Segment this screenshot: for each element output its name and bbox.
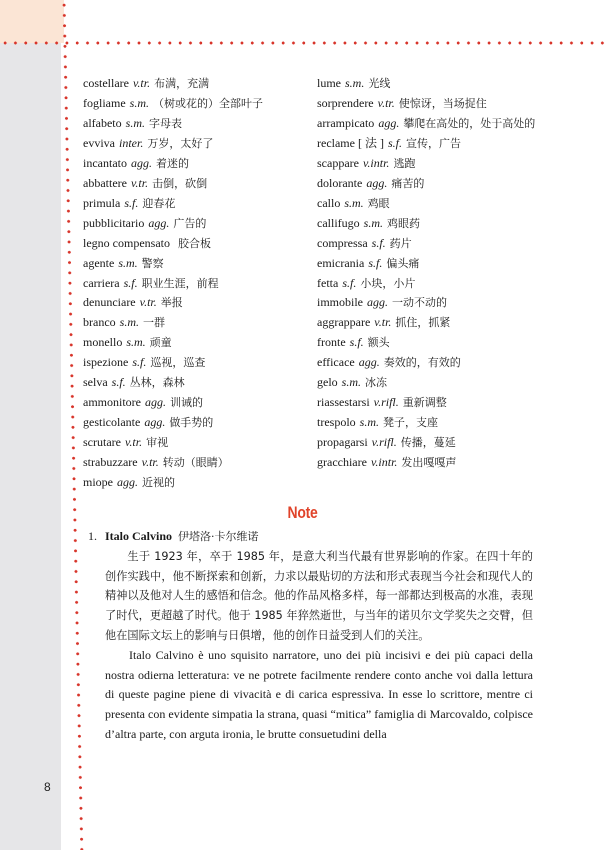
entry-part-of-speech: v.rifl. (374, 395, 399, 409)
entry-part-of-speech: s.f. (124, 276, 138, 290)
entry-part-of-speech: agg. (117, 475, 138, 489)
entry-word: pubblicitario (83, 216, 144, 230)
entry-part-of-speech: agg. (131, 156, 152, 170)
entry-part-of-speech: s.m. (126, 116, 145, 130)
entry-word: strabuzzare (83, 455, 138, 469)
entry-meaning: 药片 (390, 237, 412, 250)
vocabulary-entry: legno compensato胶合板 (83, 234, 317, 254)
vocabulary-entry: scrutarev.tr.审视 (83, 433, 317, 453)
entry-word: propagarsi (317, 435, 368, 449)
entry-meaning: 逃跑 (393, 157, 415, 170)
vocabulary-entry: ispeziones.f.巡视，巡查 (83, 353, 317, 373)
entry-meaning: 万岁，太好了 (147, 137, 213, 150)
entry-part-of-speech: s.f. (124, 196, 138, 210)
page-number: 8 (44, 780, 51, 794)
vocabulary-entry: incantatoagg.着迷的 (83, 154, 317, 174)
entry-meaning: 举报 (161, 296, 183, 309)
dotted-rule-horizontal (0, 41, 605, 45)
entry-meaning: 顽童 (150, 336, 172, 349)
vocabulary-entry: riassestarsiv.rifl.重新调整 (317, 393, 553, 413)
entry-meaning: 传播，蔓延 (401, 436, 456, 449)
entry-meaning: 凳子，支座 (383, 416, 438, 429)
note-item-header: 1. Italo Calvino 伊塔洛·卡尔维诺 (88, 527, 533, 547)
entry-meaning: 冰冻 (365, 376, 387, 389)
entry-word: fronte (317, 335, 346, 349)
entry-meaning: 痛苦的 (391, 177, 424, 190)
vocabulary-entry: reclame [ 法 ]s.f.宣传，广告 (317, 134, 553, 154)
note-paragraph-zh: 生于 1923 年，卒于 1985 年，是意大利当代最有世界影响的作家。在四十年… (88, 547, 533, 646)
dotted-rule-vertical (62, 0, 84, 850)
entry-word: gracchiare (317, 455, 367, 469)
entry-meaning: 胶合板 (178, 237, 211, 250)
entry-word: primula (83, 196, 120, 210)
entry-word: scappare (317, 156, 359, 170)
entry-word: arrampicato (317, 116, 374, 130)
entry-word: immobile (317, 295, 363, 309)
entry-meaning: 迎春花 (142, 197, 175, 210)
entry-word: sorprendere (317, 96, 374, 110)
entry-part-of-speech: s.m. (120, 315, 139, 329)
entry-meaning: 做手势的 (169, 416, 213, 429)
vocabulary-column-right: lumes.m.光线sorprenderev.tr.使惊讶，当场捉住arramp… (317, 74, 553, 493)
vocabulary-entry: pubblicitarioagg.广告的 (83, 214, 317, 234)
entry-word: costellare (83, 76, 129, 90)
entry-part-of-speech: s.m. (342, 375, 361, 389)
entry-meaning: 着迷的 (156, 157, 189, 170)
vocabulary-entry: alfabetos.m.字母表 (83, 114, 317, 134)
entry-part-of-speech: s.f. (112, 375, 126, 389)
entry-meaning: 审视 (146, 436, 168, 449)
entry-part-of-speech: s.f. (342, 276, 356, 290)
note-name-zh: 伊塔洛·卡尔维诺 (178, 527, 259, 547)
entry-part-of-speech: agg. (145, 395, 166, 409)
page-margin-band (0, 43, 61, 850)
entry-meaning: 抓住，抓紧 (395, 316, 450, 329)
entry-meaning: 训诫的 (170, 396, 203, 409)
entry-meaning: 近视的 (142, 476, 175, 489)
entry-meaning: 奏效的，有效的 (384, 356, 461, 369)
entry-part-of-speech: s.m. (360, 415, 379, 429)
vocabulary-entry: evvivainter.万岁，太好了 (83, 134, 317, 154)
entry-word: efficace (317, 355, 355, 369)
vocabulary-entry: costellarev.tr.布满，充满 (83, 74, 317, 94)
entry-meaning: 巡视，巡查 (150, 356, 205, 369)
entry-part-of-speech: v.intr. (371, 455, 397, 469)
entry-word: compressa (317, 236, 368, 250)
vocabulary-entry: callifugos.m.鸡眼药 (317, 214, 553, 234)
entry-meaning: 转动（眼睛） (163, 456, 229, 469)
entry-meaning: （树或花的）全部叶子 (153, 97, 263, 110)
entry-word: reclame [ 法 ] (317, 136, 384, 150)
entry-word: trespolo (317, 415, 356, 429)
entry-meaning: 小块，小片 (360, 277, 415, 290)
entry-part-of-speech: v.rifl. (372, 435, 397, 449)
entry-part-of-speech: s.f. (368, 256, 382, 270)
vocabulary-entry: ammonitoreagg.训诫的 (83, 393, 317, 413)
vocabulary-entry: strabuzzarev.tr.转动（眼睛） (83, 453, 317, 473)
vocabulary-entry: arrampicatoagg.攀爬在高处的，处于高处的 (317, 114, 553, 134)
entry-word: abbattere (83, 176, 127, 190)
vocabulary-entry: lumes.m.光线 (317, 74, 553, 94)
entry-part-of-speech: inter. (119, 136, 143, 150)
entry-word: riassestarsi (317, 395, 370, 409)
vocabulary-entry: selvas.f.丛林，森林 (83, 373, 317, 393)
vocabulary-entry: aggrapparev.tr.抓住，抓紧 (317, 313, 553, 333)
entry-part-of-speech: v.tr. (131, 176, 148, 190)
notes-heading: Note (54, 503, 550, 523)
vocabulary-list: costellarev.tr.布满，充满fogliames.m.（树或花的）全部… (83, 74, 553, 493)
vocabulary-entry: propagarsiv.rifl.传播，蔓延 (317, 433, 553, 453)
entry-word: carriera (83, 276, 120, 290)
entry-word: gesticolante (83, 415, 140, 429)
entry-part-of-speech: s.f. (388, 136, 402, 150)
vocabulary-entry: callos.m.鸡眼 (317, 194, 553, 214)
note-number: 1. (88, 527, 105, 547)
entry-part-of-speech: v.tr. (378, 96, 395, 110)
entry-meaning: 重新调整 (403, 396, 447, 409)
entry-word: legno compensato (83, 236, 170, 250)
vocabulary-entry: doloranteagg.痛苦的 (317, 174, 553, 194)
entry-word: emicrania (317, 256, 364, 270)
vocabulary-entry: carrieras.f.职业生涯，前程 (83, 274, 317, 294)
note-paragraph-it: Italo Calvino è uno squisito narratore, … (88, 646, 533, 745)
entry-meaning: 宣传，广告 (406, 137, 461, 150)
vocabulary-entry: gesticolanteagg.做手势的 (83, 413, 317, 433)
vocabulary-entry: efficaceagg.奏效的，有效的 (317, 353, 553, 373)
entry-part-of-speech: s.m. (364, 216, 383, 230)
entry-part-of-speech: s.m. (345, 76, 364, 90)
entry-part-of-speech: v.tr. (140, 295, 157, 309)
vocabulary-entry: sorprenderev.tr.使惊讶，当场捉住 (317, 94, 553, 114)
entry-word: callifugo (317, 216, 360, 230)
entry-part-of-speech: v.tr. (374, 315, 391, 329)
entry-part-of-speech: s.m. (126, 335, 145, 349)
entry-word: agente (83, 256, 114, 270)
entry-meaning: 职业生涯，前程 (142, 277, 219, 290)
entry-part-of-speech: agg. (367, 295, 388, 309)
entry-part-of-speech: v.tr. (133, 76, 150, 90)
vocabulary-entry: fogliames.m.（树或花的）全部叶子 (83, 94, 317, 114)
entry-part-of-speech: agg. (366, 176, 387, 190)
entry-meaning: 广告的 (173, 217, 206, 230)
entry-word: denunciare (83, 295, 136, 309)
entry-part-of-speech: s.m. (118, 256, 137, 270)
entry-word: fetta (317, 276, 338, 290)
entry-meaning: 光线 (368, 77, 390, 90)
entry-word: callo (317, 196, 340, 210)
entry-word: miope (83, 475, 113, 489)
entry-meaning: 字母表 (149, 117, 182, 130)
vocabulary-entry: scapparev.intr.逃跑 (317, 154, 553, 174)
vocabulary-entry: denunciarev.tr.举报 (83, 293, 317, 313)
entry-word: evviva (83, 136, 115, 150)
vocabulary-entry: gracchiarev.intr.发出嘎嘎声 (317, 453, 553, 473)
vocabulary-entry: abbatterev.tr.击倒，砍倒 (83, 174, 317, 194)
vocabulary-column-left: costellarev.tr.布满，充满fogliames.m.（树或花的）全部… (83, 74, 317, 493)
notes-section: 1. Italo Calvino 伊塔洛·卡尔维诺 生于 1923 年，卒于 1… (88, 527, 533, 745)
entry-word: gelo (317, 375, 338, 389)
entry-meaning: 布满，充满 (154, 77, 209, 90)
entry-meaning: 丛林，森林 (130, 376, 185, 389)
vocabulary-entry: gelos.m.冰冻 (317, 373, 553, 393)
entry-word: branco (83, 315, 116, 329)
entry-word: incantato (83, 156, 127, 170)
vocabulary-entry: compressas.f.药片 (317, 234, 553, 254)
entry-part-of-speech: agg. (148, 216, 169, 230)
entry-part-of-speech: s.f. (132, 355, 146, 369)
entry-word: aggrappare (317, 315, 370, 329)
entry-part-of-speech: v.intr. (363, 156, 389, 170)
entry-part-of-speech: s.m. (130, 96, 149, 110)
entry-part-of-speech: agg. (359, 355, 380, 369)
vocabulary-entry: fettas.f.小块，小片 (317, 274, 553, 294)
entry-meaning: 发出嘎嘎声 (401, 456, 456, 469)
entry-part-of-speech: agg. (144, 415, 165, 429)
entry-word: alfabeto (83, 116, 122, 130)
corner-decoration (0, 0, 64, 43)
vocabulary-entry: frontes.f.额头 (317, 333, 553, 353)
entry-word: lume (317, 76, 341, 90)
vocabulary-entry: emicranias.f.偏头痛 (317, 254, 553, 274)
entry-word: ispezione (83, 355, 128, 369)
entry-word: selva (83, 375, 108, 389)
entry-meaning: 鸡眼 (368, 197, 390, 210)
entry-word: scrutare (83, 435, 121, 449)
vocabulary-entry: immobileagg.一动不动的 (317, 293, 553, 313)
entry-meaning: 一动不动的 (392, 296, 447, 309)
entry-word: ammonitore (83, 395, 141, 409)
entry-meaning: 额头 (368, 336, 390, 349)
entry-meaning: 使惊讶，当场捉住 (399, 97, 487, 110)
entry-part-of-speech: v.tr. (125, 435, 142, 449)
entry-part-of-speech: s.f. (372, 236, 386, 250)
vocabulary-entry: trespolos.m.凳子，支座 (317, 413, 553, 433)
entry-meaning: 偏头痛 (386, 257, 419, 270)
vocabulary-entry: miopeagg.近视的 (83, 473, 317, 493)
note-name: Italo Calvino (105, 527, 172, 547)
entry-word: dolorante (317, 176, 362, 190)
entry-part-of-speech: s.f. (350, 335, 364, 349)
entry-part-of-speech: agg. (378, 116, 399, 130)
entry-meaning: 攀爬在高处的，处于高处的 (403, 117, 535, 130)
entry-word: monello (83, 335, 122, 349)
vocabulary-entry: primulas.f.迎春花 (83, 194, 317, 214)
vocabulary-entry: monellos.m.顽童 (83, 333, 317, 353)
entry-meaning: 一群 (143, 316, 165, 329)
entry-meaning: 鸡眼药 (387, 217, 420, 230)
entry-part-of-speech: v.tr. (142, 455, 159, 469)
entry-meaning: 击倒，砍倒 (152, 177, 207, 190)
entry-meaning: 警察 (142, 257, 164, 270)
entry-word: fogliame (83, 96, 126, 110)
vocabulary-entry: agentes.m.警察 (83, 254, 317, 274)
entry-part-of-speech: s.m. (344, 196, 363, 210)
vocabulary-entry: brancos.m.一群 (83, 313, 317, 333)
